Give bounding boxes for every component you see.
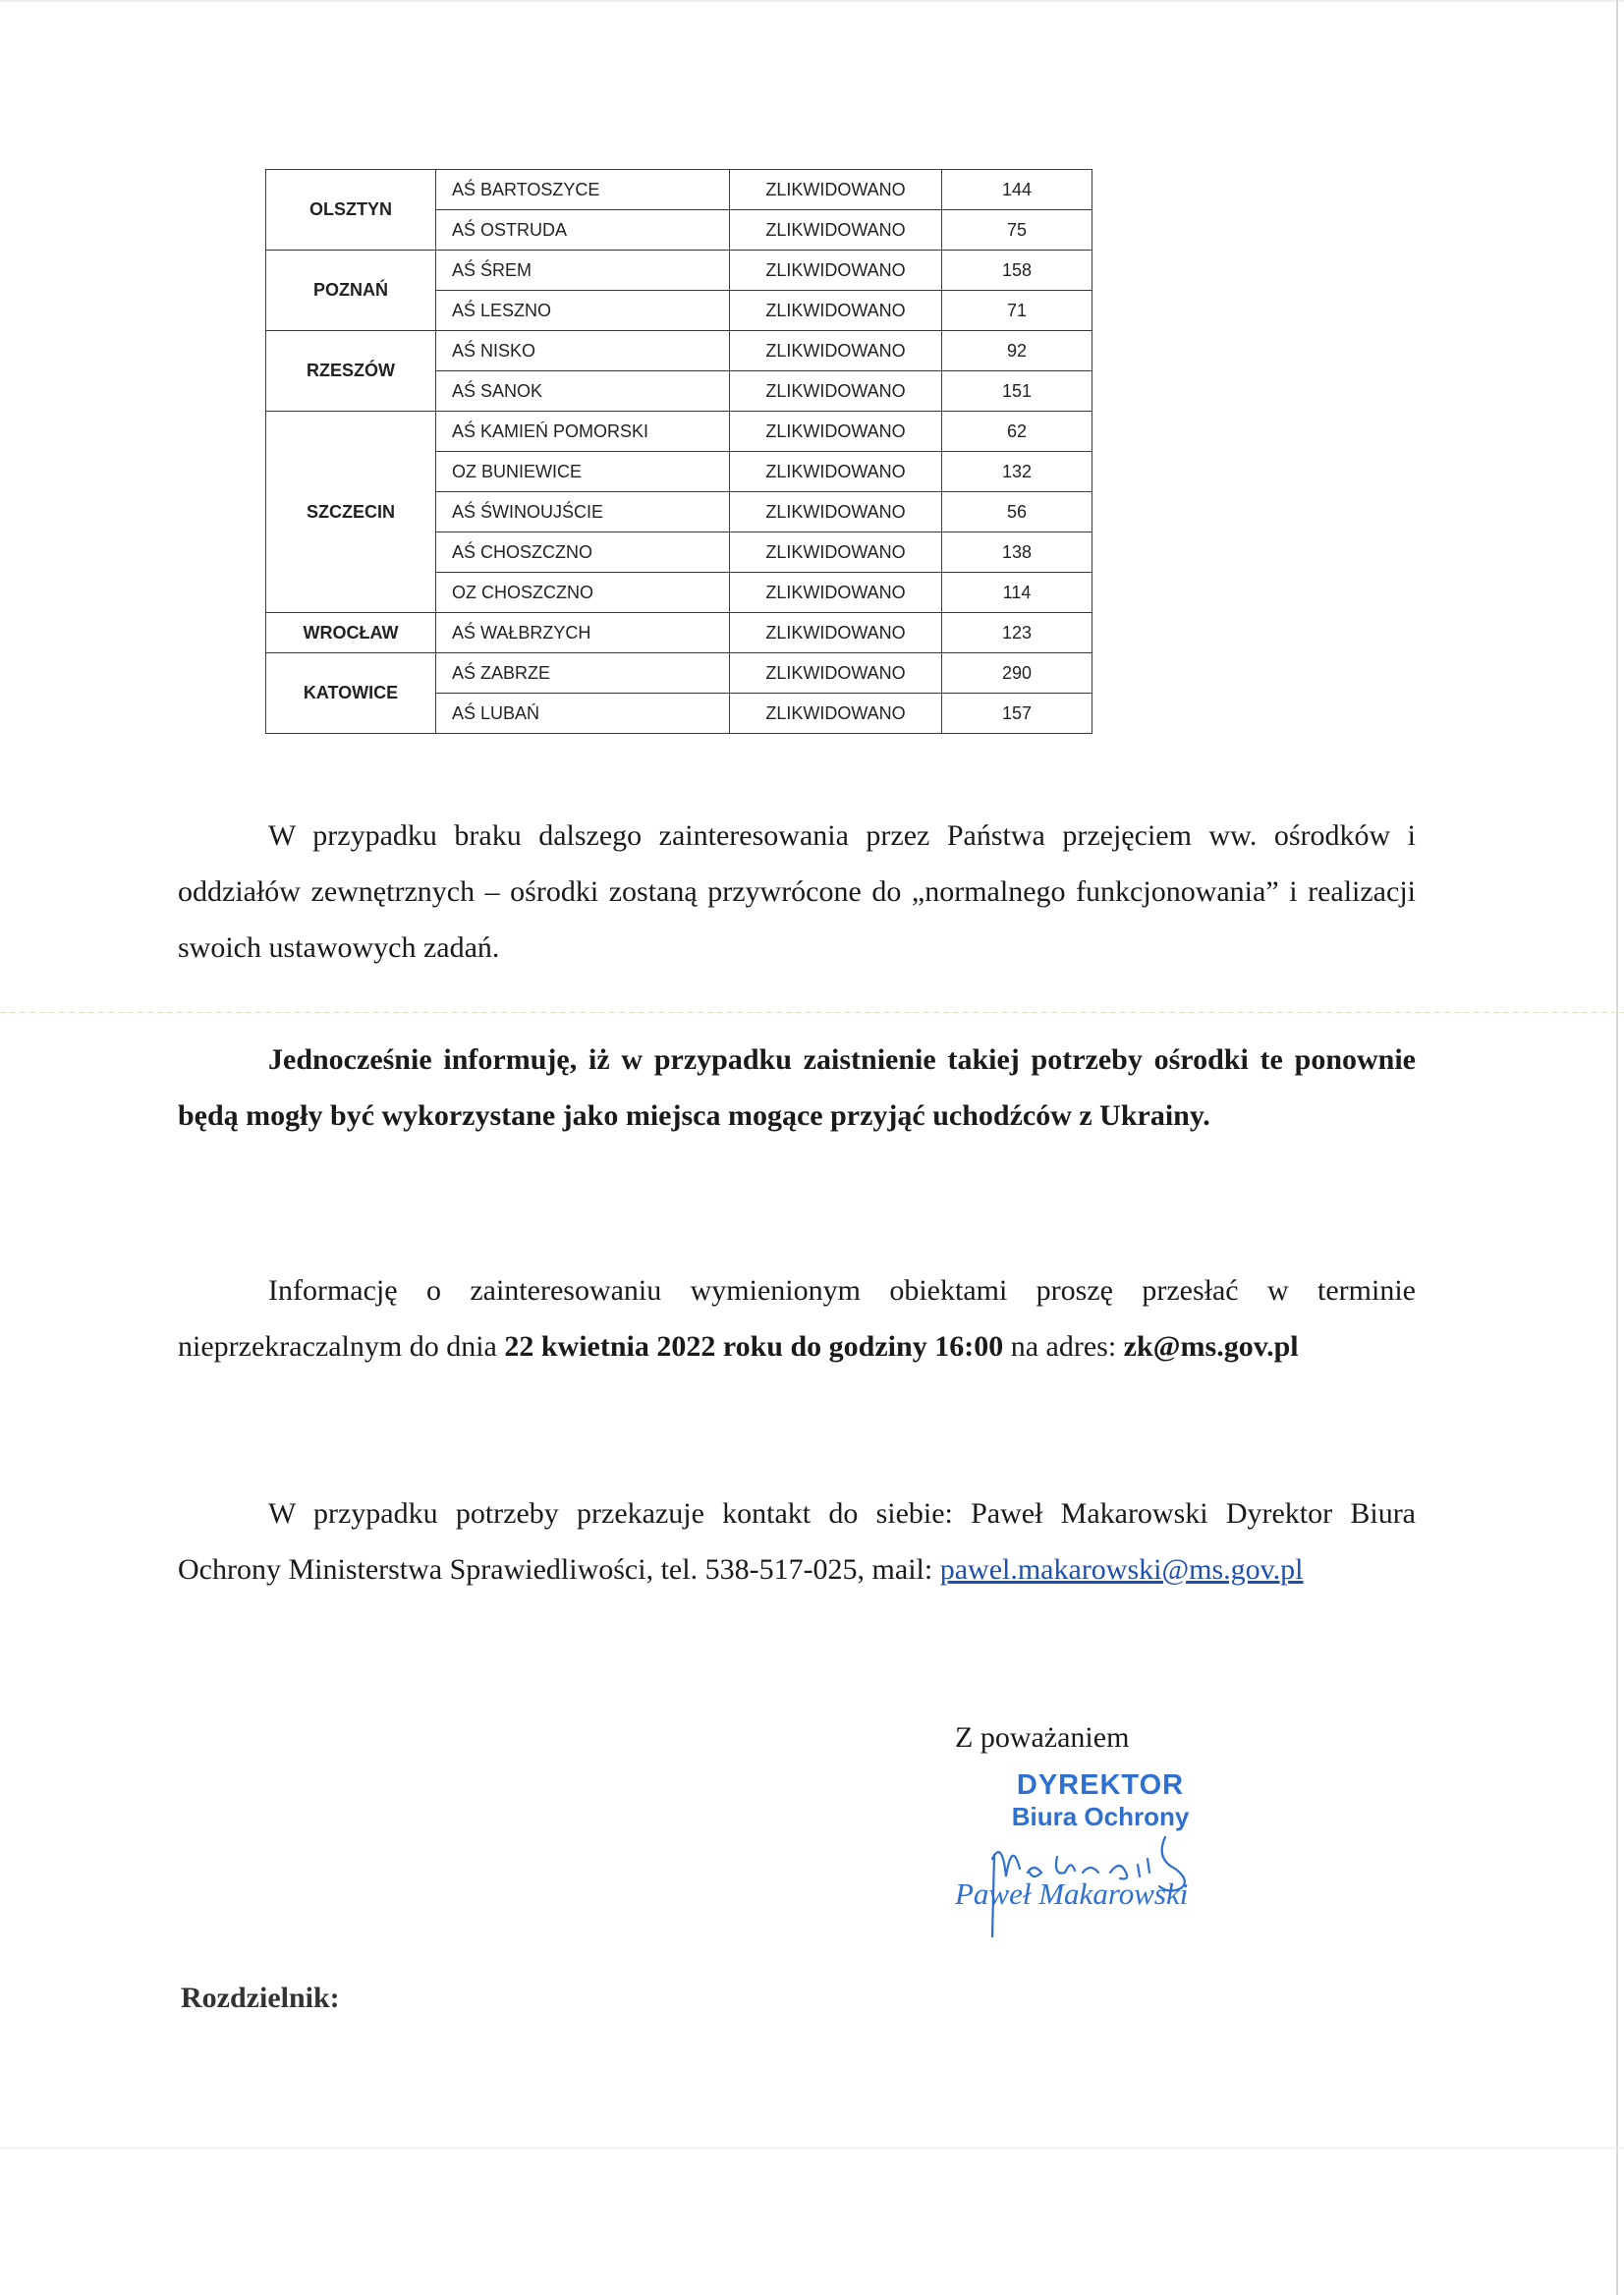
page-top-edge	[0, 0, 1624, 3]
director-stamp: DYREKTOR Biura Ochrony	[973, 1768, 1228, 1831]
page-right-edge	[1616, 0, 1618, 2295]
paragraph-reuse-notice: Jednocześnie informuję, iż w przypadku z…	[178, 1032, 1416, 1144]
paragraph-contact: W przypadku potrzeby przekazuje kontakt …	[178, 1485, 1416, 1597]
contact-email-link[interactable]: pawel.makarowski@ms.gov.pl	[940, 1553, 1304, 1586]
count-cell: 144	[942, 170, 1092, 210]
table-row: SZCZECINAŚ KAMIEŃ POMORSKIZLIKWIDOWANO62	[266, 412, 1092, 452]
status-cell: ZLIKWIDOWANO	[730, 694, 942, 734]
status-cell: ZLIKWIDOWANO	[730, 532, 942, 573]
table-row: RZESZÓWAŚ NISKOZLIKWIDOWANO92	[266, 331, 1092, 371]
count-cell: 123	[942, 613, 1092, 653]
distribution-list-label: Rozdzielnik:	[181, 1982, 340, 2015]
count-cell: 290	[942, 653, 1092, 694]
region-cell: KATOWICE	[266, 653, 436, 734]
deadline-date: 22 kwietnia 2022 roku do godziny 16:00	[504, 1330, 1003, 1363]
status-cell: ZLIKWIDOWANO	[730, 452, 942, 492]
count-cell: 62	[942, 412, 1092, 452]
status-cell: ZLIKWIDOWANO	[730, 573, 942, 613]
deadline-address-label: na adres:	[1003, 1330, 1123, 1363]
table-row: WROCŁAWAŚ WAŁBRZYCHZLIKWIDOWANO123	[266, 613, 1092, 653]
facilities-table: OLSZTYNAŚ BARTOSZYCEZLIKWIDOWANO144AŚ OS…	[265, 169, 1092, 734]
count-cell: 56	[942, 492, 1092, 532]
count-cell: 75	[942, 210, 1092, 251]
table-row: OLSZTYNAŚ BARTOSZYCEZLIKWIDOWANO144	[266, 170, 1092, 210]
fold-line-lower	[0, 2148, 1624, 2149]
status-cell: ZLIKWIDOWANO	[730, 210, 942, 251]
fold-line	[0, 1012, 1624, 1013]
unit-cell: AŚ ŚREM	[436, 251, 730, 291]
count-cell: 132	[942, 452, 1092, 492]
status-cell: ZLIKWIDOWANO	[730, 412, 942, 452]
region-cell: SZCZECIN	[266, 412, 436, 613]
unit-cell: AŚ LESZNO	[436, 291, 730, 331]
region-cell: WROCŁAW	[266, 613, 436, 653]
unit-cell: AŚ ZABRZE	[436, 653, 730, 694]
unit-cell: AŚ BARTOSZYCE	[436, 170, 730, 210]
count-cell: 92	[942, 331, 1092, 371]
count-cell: 157	[942, 694, 1092, 734]
count-cell: 138	[942, 532, 1092, 573]
status-cell: ZLIKWIDOWANO	[730, 170, 942, 210]
count-cell: 114	[942, 573, 1092, 613]
table-row: KATOWICEAŚ ZABRZEZLIKWIDOWANO290	[266, 653, 1092, 694]
unit-cell: AŚ LUBAŃ	[436, 694, 730, 734]
stamp-title: DYREKTOR	[973, 1768, 1228, 1802]
region-cell: OLSZTYN	[266, 170, 436, 251]
submission-email: zk@ms.gov.pl	[1124, 1330, 1299, 1363]
paragraph-no-interest: W przypadku braku dalszego zainteresowan…	[178, 808, 1416, 976]
count-cell: 158	[942, 251, 1092, 291]
count-cell: 151	[942, 371, 1092, 412]
signatory-name: Paweł Makarowski	[955, 1876, 1188, 1912]
paragraph-no-interest-text: W przypadku braku dalszego zainteresowan…	[178, 819, 1416, 964]
unit-cell: OZ CHOSZCZNO	[436, 573, 730, 613]
region-cell: POZNAŃ	[266, 251, 436, 331]
status-cell: ZLIKWIDOWANO	[730, 653, 942, 694]
paragraph-reuse-notice-text: Jednocześnie informuję, iż w przypadku z…	[178, 1043, 1416, 1132]
region-cell: RZESZÓW	[266, 331, 436, 412]
stamp-unit: Biura Ochrony	[973, 1802, 1228, 1831]
paragraph-deadline: Informację o zainteresowaniu wymienionym…	[178, 1262, 1416, 1374]
status-cell: ZLIKWIDOWANO	[730, 613, 942, 653]
unit-cell: AŚ NISKO	[436, 331, 730, 371]
unit-cell: AŚ CHOSZCZNO	[436, 532, 730, 573]
salutation: Z poważaniem	[955, 1721, 1129, 1755]
status-cell: ZLIKWIDOWANO	[730, 371, 942, 412]
status-cell: ZLIKWIDOWANO	[730, 331, 942, 371]
table-row: POZNAŃAŚ ŚREMZLIKWIDOWANO158	[266, 251, 1092, 291]
unit-cell: AŚ KAMIEŃ POMORSKI	[436, 412, 730, 452]
unit-cell: AŚ OSTRUDA	[436, 210, 730, 251]
unit-cell: OZ BUNIEWICE	[436, 452, 730, 492]
unit-cell: AŚ SANOK	[436, 371, 730, 412]
status-cell: ZLIKWIDOWANO	[730, 492, 942, 532]
unit-cell: AŚ ŚWINOUJŚCIE	[436, 492, 730, 532]
status-cell: ZLIKWIDOWANO	[730, 251, 942, 291]
count-cell: 71	[942, 291, 1092, 331]
unit-cell: AŚ WAŁBRZYCH	[436, 613, 730, 653]
status-cell: ZLIKWIDOWANO	[730, 291, 942, 331]
